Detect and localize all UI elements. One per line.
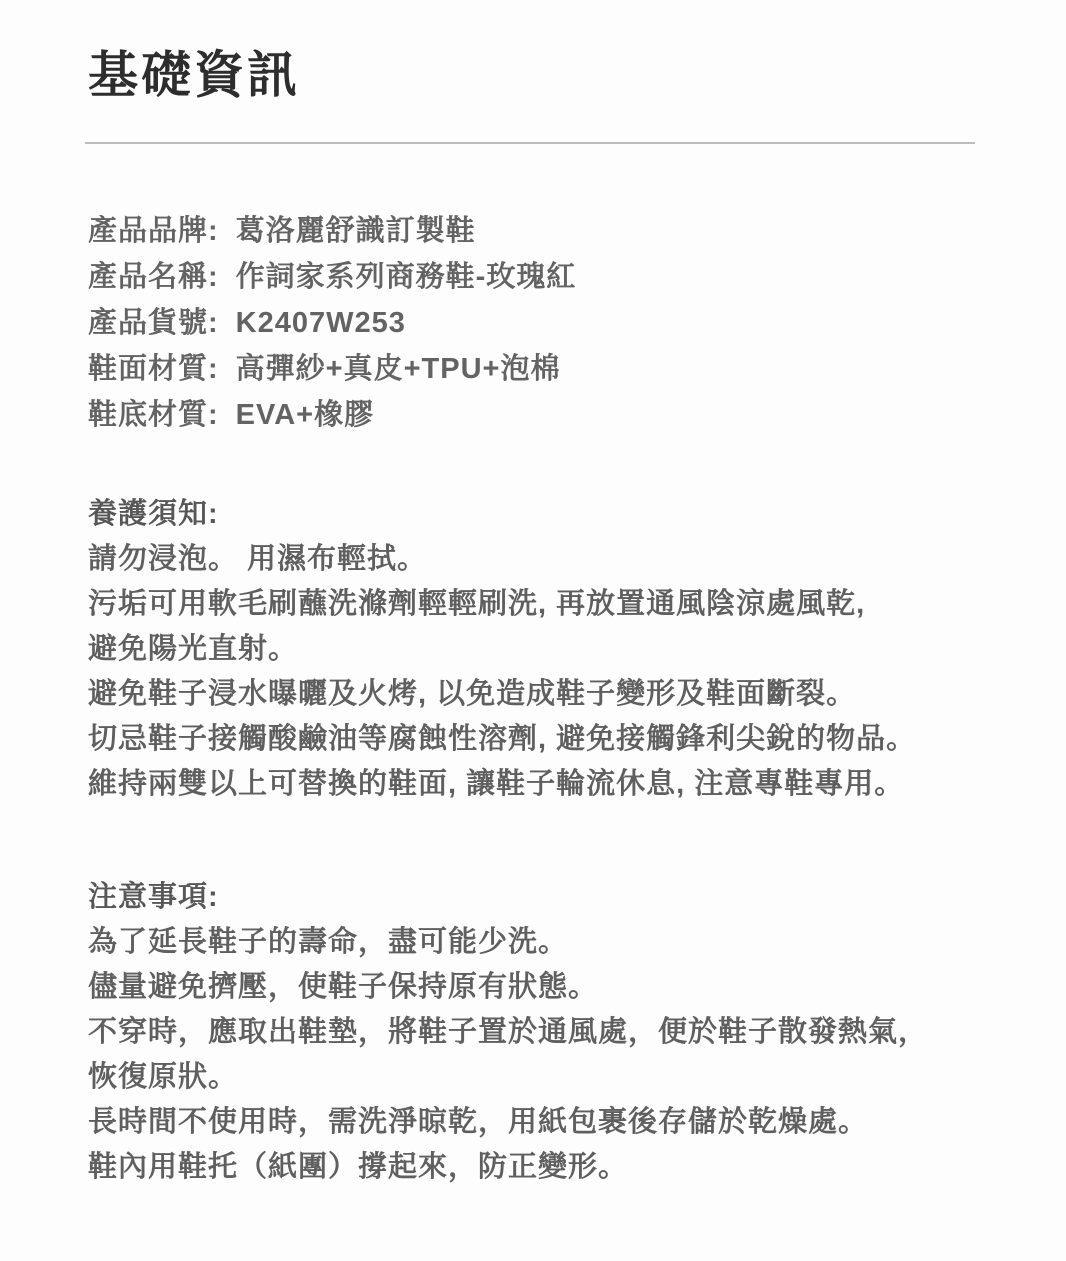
- product-name-label: 產品名稱:: [88, 261, 219, 293]
- notes-line: 不穿時，應取出鞋墊，將鞋子置於通風處，便於鞋子散發熱氣，: [88, 1010, 1066, 1055]
- care-instructions-section: 養護須知: 請勿浸泡。 用濕布輕拭。 污垢可用軟毛刷蘸洗滌劑輕輕刷洗, 再放置通…: [88, 492, 1066, 807]
- product-brand-row: 產品品牌:葛洛麗舒識訂製鞋: [88, 208, 1066, 254]
- product-name-value: 作詞家系列商務鞋-玫瑰紅: [236, 261, 577, 293]
- product-info-list: 產品品牌:葛洛麗舒識訂製鞋 產品名稱:作詞家系列商務鞋-玫瑰紅 產品貨號:K24…: [88, 208, 1066, 438]
- care-line: 避免鞋子浸水曝曬及火烤, 以免造成鞋子變形及鞋面斷裂。: [88, 672, 1066, 717]
- product-brand-value: 葛洛麗舒識訂製鞋: [236, 215, 476, 247]
- title-divider: [85, 142, 975, 144]
- product-sku-row: 產品貨號:K2407W253: [88, 300, 1066, 346]
- notes-line: 鞋內用鞋托（紙團）撐起來，防正變形。: [88, 1145, 1066, 1190]
- notes-line: 儘量避免擠壓，使鞋子保持原有狀態。: [88, 965, 1066, 1010]
- basic-info-page: 基礎資訊 產品品牌:葛洛麗舒識訂製鞋 產品名稱:作詞家系列商務鞋-玫瑰紅 產品貨…: [0, 0, 1066, 1261]
- sole-material-value: EVA+橡膠: [236, 399, 374, 431]
- upper-material-label: 鞋面材質:: [88, 353, 219, 385]
- care-line: 維持兩雙以上可替換的鞋面, 讓鞋子輪流休息, 注意專鞋專用。: [88, 762, 1066, 807]
- product-sku-value: K2407W253: [236, 307, 406, 339]
- sole-material-row: 鞋底材質:EVA+橡膠: [88, 392, 1066, 438]
- care-line: 污垢可用軟毛刷蘸洗滌劑輕輕刷洗, 再放置通風陰涼處風乾,: [88, 582, 1066, 627]
- notes-line: 恢復原狀。: [88, 1055, 1066, 1100]
- upper-material-value: 高彈紗+真皮+TPU+泡棉: [236, 353, 561, 385]
- product-name-row: 產品名稱:作詞家系列商務鞋-玫瑰紅: [88, 254, 1066, 300]
- care-line: 避免陽光直射。: [88, 627, 1066, 672]
- product-sku-label: 產品貨號:: [88, 307, 219, 339]
- notes-line: 為了延長鞋子的壽命，盡可能少洗。: [88, 920, 1066, 965]
- notes-section: 注意事項: 為了延長鞋子的壽命，盡可能少洗。 儘量避免擠壓，使鞋子保持原有狀態。…: [88, 875, 1066, 1190]
- upper-material-row: 鞋面材質:高彈紗+真皮+TPU+泡棉: [88, 346, 1066, 392]
- notes-section-heading: 注意事項:: [88, 875, 1066, 920]
- product-brand-label: 產品品牌:: [88, 215, 219, 247]
- care-line: 切忌鞋子接觸酸鹼油等腐蝕性溶劑, 避免接觸鋒利尖銳的物品。: [88, 717, 1066, 762]
- page-title: 基礎資訊: [88, 44, 1066, 106]
- sole-material-label: 鞋底材質:: [88, 399, 219, 431]
- care-section-heading: 養護須知:: [88, 492, 1066, 537]
- care-line: 請勿浸泡。 用濕布輕拭。: [88, 537, 1066, 582]
- notes-line: 長時間不使用時，需洗淨晾乾，用紙包裹後存儲於乾燥處。: [88, 1100, 1066, 1145]
